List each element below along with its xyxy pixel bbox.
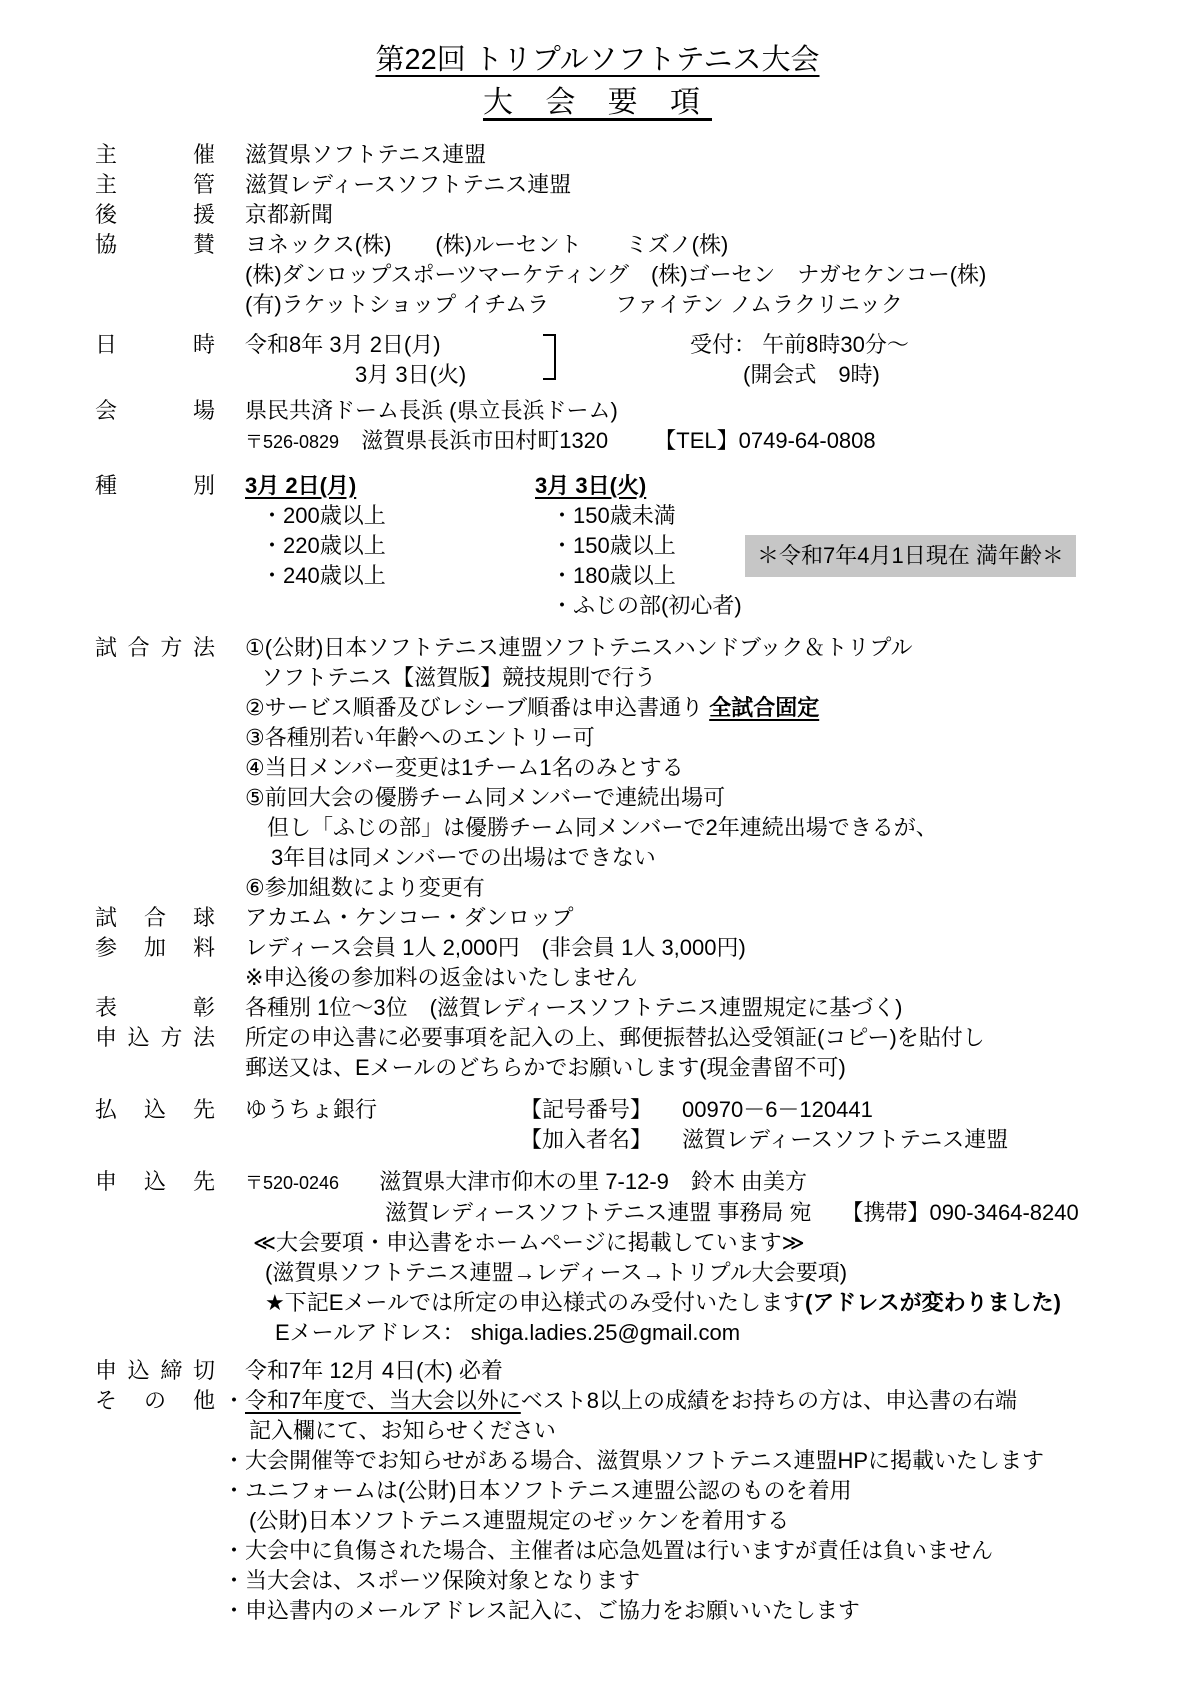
match-rule-6: ⑥参加組数により変更有 — [245, 873, 1160, 903]
other-item-4: ・ 大会中に負傷された場合、主催者は応急処置は行いますが責任は負いません — [245, 1536, 1160, 1566]
application-method-label: 申 込 方 法 — [95, 1023, 215, 1053]
application-mobile-phone: 【携帯】090-3464-8240 — [842, 1200, 1079, 1225]
venue-content: 県民共済ドーム長浜 (県立長浜ドーム) 〒526-0829 滋賀県長浜市田村町1… — [245, 396, 1160, 457]
deadline-value: 令和7年 12月 4日(木) 必着 — [245, 1356, 1160, 1386]
payment-account-no: 00970－6－120441 — [682, 1097, 873, 1122]
match-rules-label: 試 合 方 法 — [95, 633, 215, 663]
payment-content: ゆうちょ銀行【記号番号】00970－6－120441 【加入者名】滋賀レディース… — [245, 1095, 1160, 1155]
other-item-1-line2: 記入欄にて、お知らせください — [245, 1416, 1160, 1446]
application-address-line2: 滋賀レディースソフトテニス連盟 事務局 宛【携帯】090-3464-8240 — [245, 1198, 1160, 1228]
bullet-marker: ・ — [223, 1476, 245, 1506]
match-rule-2: ②サービス順番及びレシーブ順番は申込書通り 全試合固定 — [245, 693, 1160, 723]
categories-row: 種 別 3月 2日(月) ・200歳以上 ・220歳以上 ・240歳以上 3月 … — [95, 471, 1160, 621]
application-recipient: 滋賀レディースソフトテニス連盟 事務局 宛 — [385, 1200, 812, 1225]
application-postal-code: 〒520-0246 — [245, 1173, 339, 1193]
document-title-text: 第22回 トリプルソフトテニス大会 — [376, 44, 820, 76]
categories-day2-header: 3月 3日(火) — [535, 471, 742, 501]
application-address-row: 申 込 先 〒520-0246 滋賀県大津市仰木の里 7-12-9 鈴木 由美方… — [95, 1167, 1160, 1348]
document-subtitle: 大 会 要 項 — [95, 82, 1100, 124]
other-item-5-text: 当大会は、スポーツ保険対象となります — [245, 1566, 1160, 1596]
venue-row: 会 場 県民共済ドーム長浜 (県立長浜ドーム) 〒526-0829 滋賀県長浜市… — [95, 396, 1160, 457]
other-item-2: ・ 大会開催等でお知らせがある場合、滋賀県ソフトテニス連盟HPに掲載いたします — [245, 1446, 1160, 1476]
datetime-content: 令和8年 3月 2日(月) 3月 3日(火) 受付： 午前8時30分～ (開会式… — [245, 330, 1160, 390]
payment-line1: ゆうちょ銀行【記号番号】00970－6－120441 — [245, 1095, 1160, 1125]
management-value: 滋賀レディースソフトテニス連盟 — [245, 170, 1160, 200]
email-note-line: ★下記Eメールでは所定の申込様式のみ受付いたします(アドレスが変わりました) — [245, 1288, 1160, 1318]
other-item-2-text: 大会開催等でお知らせがある場合、滋賀県ソフトテニス連盟HPに掲載いたします — [245, 1446, 1160, 1476]
application-method-content: 所定の申込書に必要事項を記入の上、郵便振替払込受領証(コピー)を貼付し 郵送又は… — [245, 1023, 1160, 1083]
payment-line2: 【加入者名】滋賀レディースソフトテニス連盟 — [245, 1125, 1160, 1155]
age-calculation-note: ＊令和7年4月1日現在 満年齢＊ — [745, 535, 1076, 577]
other-item-1-line1: 令和7年度で、当大会以外にベスト8以上の成績をお持ちの方は、申込書の右端 — [245, 1386, 1160, 1416]
awards-row: 表 彰 各種別 1位～3位 (滋賀レディースソフトテニス連盟規定に基づく) — [95, 993, 1160, 1023]
application-address-label: 申 込 先 — [95, 1167, 215, 1197]
other-item-1-underlined: 令和7年度で、当大会以外に — [245, 1388, 521, 1413]
application-address-line1: 〒520-0246 滋賀県大津市仰木の里 7-12-9 鈴木 由美方 — [245, 1167, 1160, 1198]
venue-label: 会 場 — [95, 396, 215, 426]
organizer-label: 主 催 — [95, 140, 215, 170]
email-line: Eメールアドレス： shiga.ladies.25@gmail.com — [245, 1318, 1160, 1348]
others-content: ・ 令和7年度で、当大会以外にベスト8以上の成績をお持ちの方は、申込書の右端 記… — [245, 1386, 1160, 1626]
match-rule-2-emphasis: 全試合固定 — [709, 695, 819, 720]
fee-row: 参 加 料 レディース会員 1人 2,000円 (非会員 1人 3,000円) … — [95, 933, 1160, 993]
datetime-row: 日 時 令和8年 3月 2日(月) 3月 3日(火) 受付： 午前8時30分～ … — [95, 330, 1160, 390]
document-title: 第22回 トリプルソフトテニス大会 — [95, 40, 1100, 80]
support-label: 後 援 — [95, 200, 215, 230]
payment-label: 払 込 先 — [95, 1095, 215, 1125]
document-subtitle-text: 大 会 要 項 — [483, 86, 712, 119]
ball-row: 試 合 球 アカエム・ケンコー・ダンロップ — [95, 903, 1160, 933]
others-label: そ の 他 — [95, 1386, 215, 1416]
match-rule-5-line1: ⑤前回大会の優勝チーム同メンバーで連続出場可 — [245, 783, 1160, 813]
email-label: Eメールアドレス： — [275, 1320, 465, 1345]
category-item: ・240歳以上 — [245, 561, 535, 591]
management-row: 主 管 滋賀レディースソフトテニス連盟 — [95, 170, 1160, 200]
fee-refund-note: ※申込後の参加料の返金はいたしません — [245, 963, 1160, 993]
application-method-line1: 所定の申込書に必要事項を記入の上、郵便振替払込受領証(コピー)を貼付し — [245, 1023, 1160, 1053]
sponsors-line-2: (株)ダンロップスポーツマーケティング (株)ゴーセン ナガセケンコー(株) — [245, 260, 1160, 290]
categories-content: 3月 2日(月) ・200歳以上 ・220歳以上 ・240歳以上 3月 3日(火… — [245, 471, 1160, 621]
application-method-line2: 郵送又は、Eメールのどちらかでお願いします(現金書留不可) — [245, 1053, 1160, 1083]
bullet-marker: ・ — [223, 1446, 245, 1476]
sponsors-row: 協 賛 ヨネックス(株) (株)ルーセント ミズノ(株) (株)ダンロップスポー… — [95, 230, 1160, 320]
fee-label: 参 加 料 — [95, 933, 215, 963]
fee-content: レディース会員 1人 2,000円 (非会員 1人 3,000円) ※申込後の参… — [245, 933, 1160, 993]
category-item: ・220歳以上 — [245, 531, 535, 561]
match-rule-5-line3: 3年目は同メンバーでの出場はできない — [245, 843, 1160, 873]
category-item: ・180歳以上 — [535, 561, 742, 591]
categories-day2-column: 3月 3日(火) ・150歳未満 ・150歳以上 ・180歳以上 ・ふじの部(初… — [535, 471, 742, 621]
category-item: ・150歳未満 — [535, 501, 742, 531]
awards-label: 表 彰 — [95, 993, 215, 1023]
categories-day1-header: 3月 2日(月) — [245, 471, 535, 501]
homepage-path: (滋賀県ソフトテニス連盟→レディース→トリプル大会要項) — [245, 1258, 1160, 1288]
deadline-label: 申 込 締 切 — [95, 1356, 215, 1386]
other-item-3-line2: (公財)日本ソフトテニス連盟規定のゼッケンを着用する — [245, 1506, 1160, 1536]
opening-ceremony-time: (開会式 9時) — [743, 360, 880, 390]
fee-value: レディース会員 1人 2,000円 (非会員 1人 3,000円) — [245, 933, 1160, 963]
ball-value: アカエム・ケンコー・ダンロップ — [245, 903, 1160, 933]
others-row: そ の 他 ・ 令和7年度で、当大会以外にベスト8以上の成績をお持ちの方は、申込… — [95, 1386, 1160, 1626]
application-address-content: 〒520-0246 滋賀県大津市仰木の里 7-12-9 鈴木 由美方 滋賀レディ… — [245, 1167, 1160, 1348]
homepage-note: ≪大会要項・申込書をホームページに掲載しています≫ — [245, 1228, 1160, 1258]
category-item: ・200歳以上 — [245, 501, 535, 531]
other-item-5: ・ 当大会は、スポーツ保険対象となります — [245, 1566, 1160, 1596]
categories-label: 種 別 — [95, 471, 215, 501]
match-rules-row: 試 合 方 法 ①(公財)日本ソフトテニス連盟ソフトテニスハンドブック＆トリプル… — [95, 633, 1160, 903]
date-range-bracket — [543, 334, 556, 380]
match-rules-content: ①(公財)日本ソフトテニス連盟ソフトテニスハンドブック＆トリプル ソフトテニス【… — [245, 633, 1160, 903]
other-item-6-text: 申込書内のメールアドレス記入に、ご協力をお願いいたします — [245, 1596, 1160, 1626]
application-method-row: 申 込 方 法 所定の申込書に必要事項を記入の上、郵便振替払込受領証(コピー)を… — [95, 1023, 1160, 1083]
application-street-address: 滋賀県大津市仰木の里 7-12-9 鈴木 由美方 — [379, 1169, 807, 1194]
tournament-announcement-document: 第22回 トリプルソフトテニス大会 大 会 要 項 主 催 滋賀県ソフトテニス連… — [0, 0, 1200, 1636]
email-note-emphasis: (アドレスが変わりました) — [805, 1290, 1061, 1315]
sponsors-line-1: ヨネックス(株) (株)ルーセント ミズノ(株) — [245, 230, 1160, 260]
match-rule-4: ④当日メンバー変更は1チーム1名のみとする — [245, 753, 1160, 783]
payment-account-name-label: 【加入者名】 — [520, 1127, 652, 1152]
email-address: shiga.ladies.25@gmail.com — [471, 1320, 740, 1345]
category-item: ・ふじの部(初心者) — [535, 591, 742, 621]
payment-bank-name: ゆうちょ銀行 — [245, 1095, 520, 1125]
payment-account-no-label: 【記号番号】 — [520, 1097, 652, 1122]
other-item-1-rest: ベスト8以上の成績をお持ちの方は、申込書の右端 — [521, 1388, 1017, 1413]
event-date-2: 3月 3日(火) — [355, 360, 466, 390]
datetime-label: 日 時 — [95, 330, 215, 360]
match-rule-5-line2: 但し「ふじの部」は優勝チーム同メンバーで2年連続出場できるが、 — [245, 813, 1160, 843]
support-row: 後 援 京都新聞 — [95, 200, 1160, 230]
awards-value: 各種別 1位～3位 (滋賀レディースソフトテニス連盟規定に基づく) — [245, 993, 1160, 1023]
organizer-value: 滋賀県ソフトテニス連盟 — [245, 140, 1160, 170]
other-item-1: ・ 令和7年度で、当大会以外にベスト8以上の成績をお持ちの方は、申込書の右端 記… — [245, 1386, 1160, 1446]
management-label: 主 管 — [95, 170, 215, 200]
venue-postal-code: 〒526-0829 — [245, 432, 339, 452]
other-item-6: ・ 申込書内のメールアドレス記入に、ご協力をお願いいたします — [245, 1596, 1160, 1626]
match-rule-1-line1: ①(公財)日本ソフトテニス連盟ソフトテニスハンドブック＆トリプル — [245, 633, 1160, 663]
organizer-row: 主 催 滋賀県ソフトテニス連盟 — [95, 140, 1160, 170]
bullet-marker: ・ — [223, 1536, 245, 1566]
bullet-marker: ・ — [223, 1566, 245, 1596]
support-value: 京都新聞 — [245, 200, 1160, 230]
category-item: ・150歳以上 — [535, 531, 742, 561]
venue-address-line: 〒526-0829 滋賀県長浜市田村町1320 【TEL】0749-64-080… — [245, 426, 1160, 457]
reception-time: 受付： 午前8時30分～ — [690, 330, 909, 360]
deadline-row: 申 込 締 切 令和7年 12月 4日(木) 必着 — [95, 1356, 1160, 1386]
bullet-marker: ・ — [223, 1596, 245, 1626]
venue-name: 県民共済ドーム長浜 (県立長浜ドーム) — [245, 396, 1160, 426]
venue-phone: 【TEL】0749-64-0808 — [654, 428, 875, 453]
bullet-marker: ・ — [223, 1386, 245, 1416]
sponsors-list: ヨネックス(株) (株)ルーセント ミズノ(株) (株)ダンロップスポーツマーケ… — [245, 230, 1160, 320]
payment-account-name: 滋賀レディースソフトテニス連盟 — [682, 1127, 1008, 1152]
venue-address: 滋賀県長浜市田村町1320 — [361, 428, 608, 453]
other-item-3: ・ ユニフォームは(公財)日本ソフトテニス連盟公認のものを着用 (公財)日本ソフ… — [245, 1476, 1160, 1536]
other-item-4-text: 大会中に負傷された場合、主催者は応急処置は行いますが責任は負いません — [245, 1536, 1160, 1566]
other-item-3-line1: ユニフォームは(公財)日本ソフトテニス連盟公認のものを着用 — [245, 1476, 1160, 1506]
payment-row: 払 込 先 ゆうちょ銀行【記号番号】00970－6－120441 【加入者名】滋… — [95, 1095, 1160, 1155]
sponsors-line-3: (有)ラケットショップ イチムラ ファイテン ノムラクリニック — [245, 290, 1160, 320]
match-rule-1-line2: ソフトテニス【滋賀版】競技規則で行う — [245, 663, 1160, 693]
email-note: ★下記Eメールでは所定の申込様式のみ受付いたします — [265, 1290, 805, 1315]
match-rule-2-text: ②サービス順番及びレシーブ順番は申込書通り — [245, 695, 709, 720]
categories-day1-column: 3月 2日(月) ・200歳以上 ・220歳以上 ・240歳以上 — [245, 471, 535, 621]
match-rule-3: ③各種別若い年齢へのエントリー可 — [245, 723, 1160, 753]
sponsors-label: 協 賛 — [95, 230, 215, 260]
ball-label: 試 合 球 — [95, 903, 215, 933]
